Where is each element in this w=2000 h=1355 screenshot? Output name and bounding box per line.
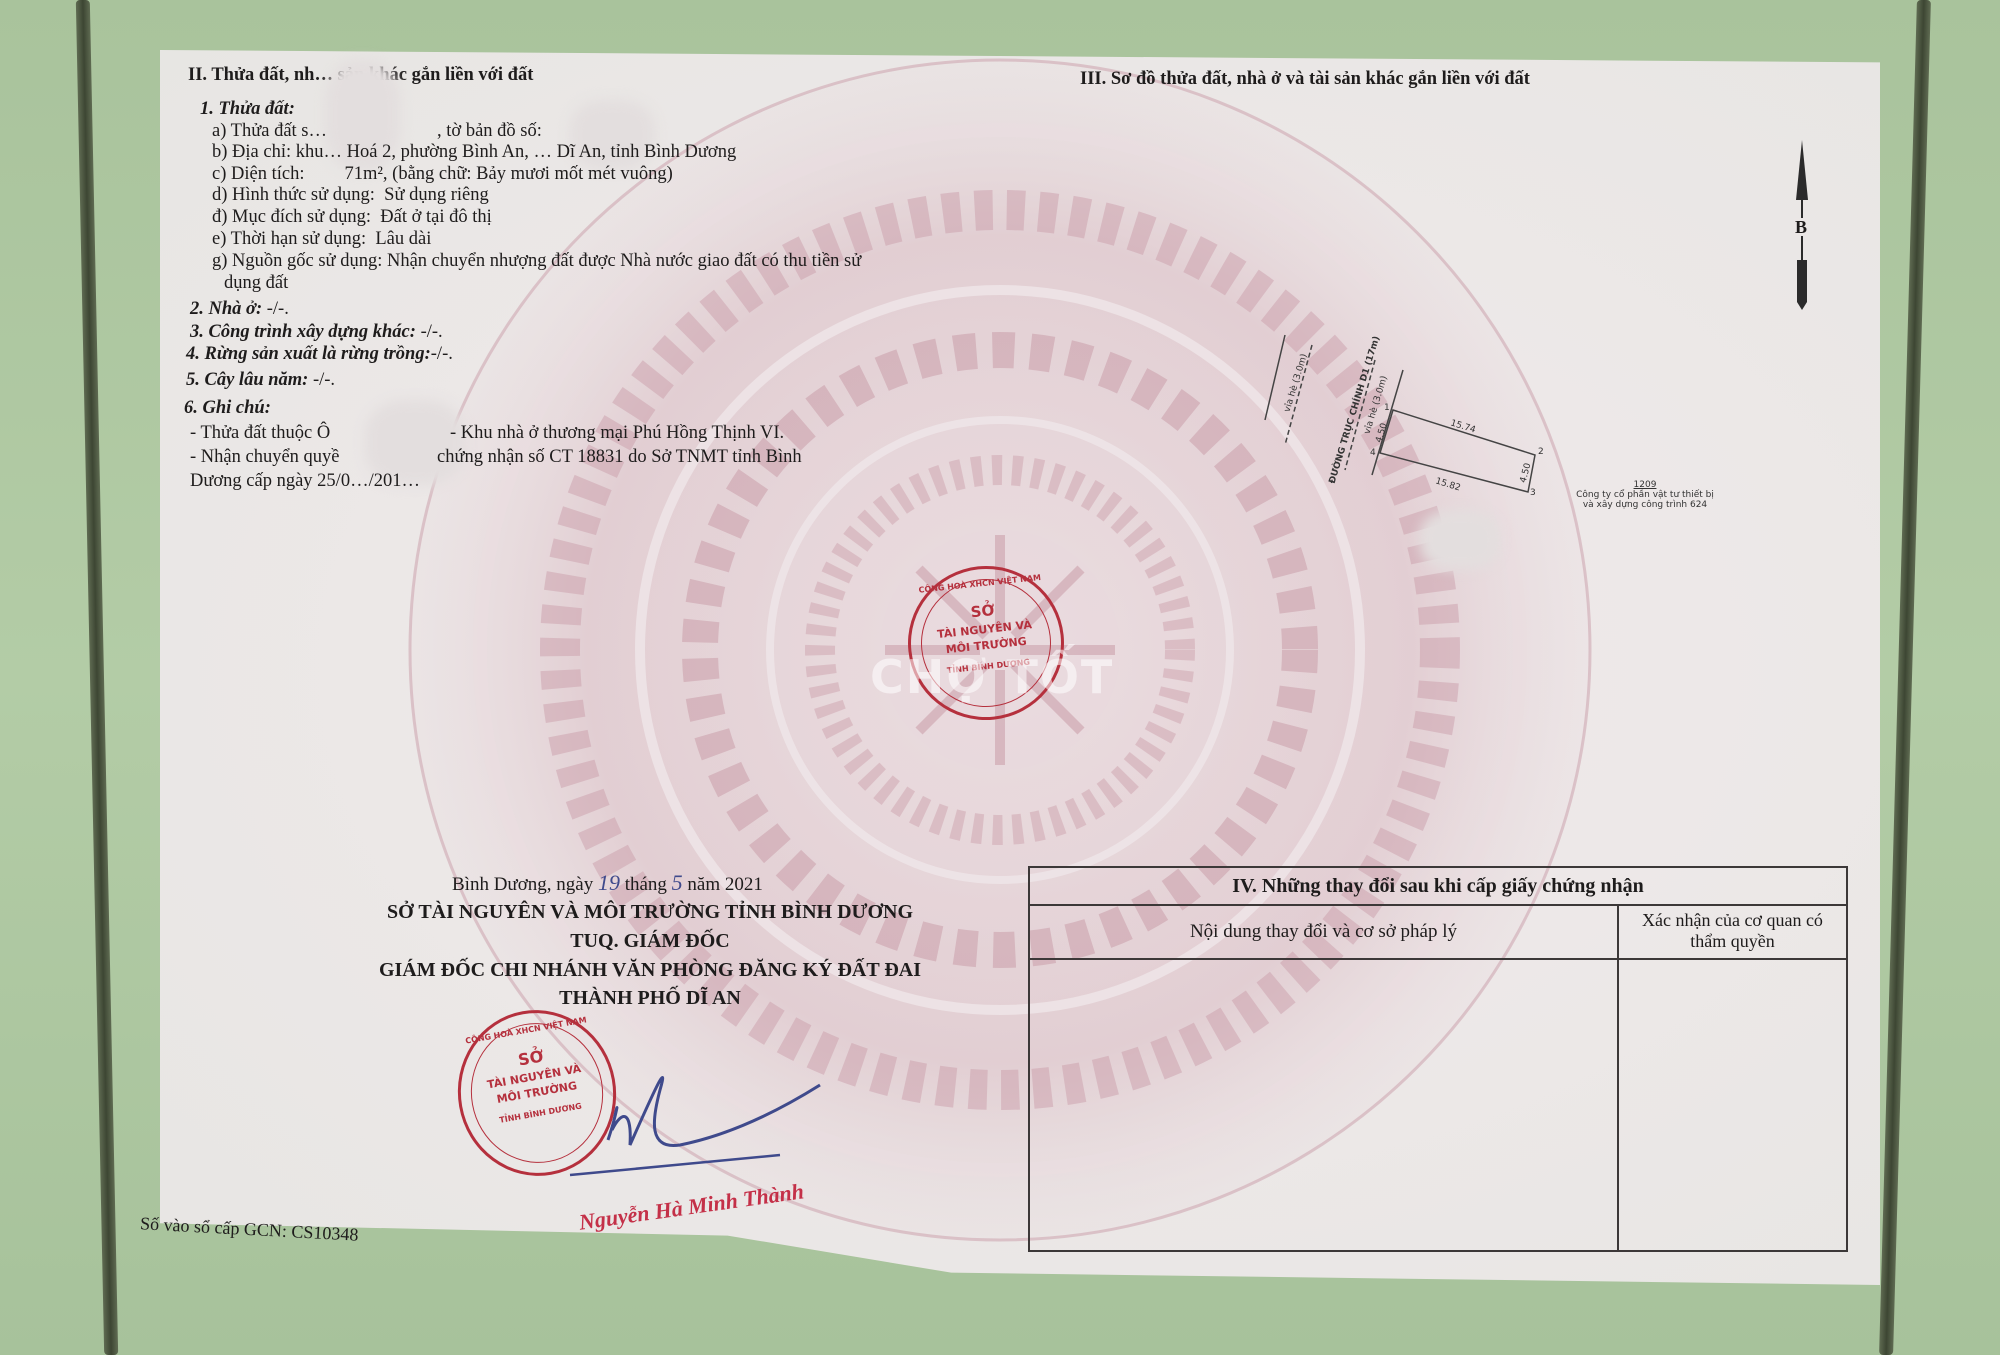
change-content-cell [1029,959,1618,1251]
item-value: -/-. [313,370,335,390]
field-label: đ) Mục đích sử dụng: [212,207,371,227]
field-label: c) Diện tích: [212,164,304,184]
tile-grout-left [76,0,118,1355]
item-label: 3. Công trình xây dựng khác: [190,322,416,342]
field-value: khu… Hoá 2, phường Bình An, … Dĩ An, tỉn… [296,142,736,162]
item-label: 6. Ghi chú: [184,398,271,418]
registry-value: CS10348 [291,1221,359,1244]
changes-table: IV. Những thay đổi sau khi cấp giấy chứn… [1028,866,1848,1252]
plot-map: vỉa hè (3.0m) ĐƯỜNG TRỤC CHÍNH D1 (17m) … [1260,310,1560,510]
item-value: -/-. [421,322,443,342]
field-value: , tờ bản đồ số: [437,121,542,141]
field-label: a) Thửa đất s… [212,121,327,141]
item-value: -/-. [431,344,453,364]
north-label: B [1794,218,1808,236]
item-label: 5. Cây lâu năm: [186,370,308,390]
north-arrow: B [1790,140,1814,310]
field-value: 71m², (bằng chữ: Bảy mươi mốt mét vuông) [344,164,672,184]
place-date: Bình Dương, ngày [452,874,593,895]
signer-city: THÀNH PHỐ DĨ AN [360,988,940,1008]
note-left: - Thửa đất thuộc Ô [190,423,330,443]
date-month: 5 [672,870,683,895]
issuing-org: SỞ TÀI NGUYÊN VÀ MÔI TRƯỜNG TỈNH BÌNH DƯ… [360,902,940,922]
signer-title: GIÁM ĐỐC CHI NHÁNH VĂN PHÒNG ĐĂNG KÝ ĐẤT… [340,960,960,980]
tile-grout-right [1879,0,1931,1355]
handwritten-signature [560,1050,830,1190]
item-value: -/-. [267,299,289,319]
field-label: e) Thời hạn sử dụng: [212,229,366,249]
column-header-authority: Xác nhận của cơ quan có thẩm quyền [1618,905,1847,959]
neighbor-parcel-no: 1209 [1570,480,1720,490]
year-label: năm 2021 [687,874,762,895]
neighbor-owner-line: Công ty cổ phần vật tư thiết bị [1570,490,1720,500]
field-value-continuation: dụng đất [224,274,288,293]
watermark: CHỢ TỐT [870,650,1114,704]
field-value: Sử dụng riêng [384,185,489,205]
vertex-label: 3 [1530,488,1536,498]
redaction-blur [1420,510,1500,570]
vertex-label: 4 [1370,448,1376,458]
field-value: Đất ở tại đô thị [380,207,492,227]
plot-diagram [1260,310,1560,510]
item-label: 2. Nhà ở: [190,299,262,319]
field-label: d) Hình thức sử dụng: [212,185,375,205]
field-value: Lâu dài [375,229,431,249]
note-right: - Khu nhà ở thương mại Phú Hồng Thịnh VI… [450,423,784,443]
field-label: g) Nguồn gốc sử dụng: [212,251,382,271]
vertex-label: 1 [1384,403,1390,413]
note-left: Dương cấp ngày 25/0…/201… [190,471,420,491]
section-iii-title: III. Sơ đồ thửa đất, nhà ở và tài sản kh… [1080,70,1530,89]
field-value: Nhận chuyển nhượng đất được Nhà nước gia… [387,251,861,271]
land-heading: 1. Thửa đất: [200,100,295,119]
note-right: chứng nhận số CT 18831 do Sở TNMT tỉnh B… [437,447,802,467]
authority-confirmation-cell [1618,959,1847,1251]
month-label: tháng [625,874,667,895]
field-label: b) Địa chỉ: [212,142,291,162]
neighbor-parcel: 1209 Công ty cổ phần vật tư thiết bị và … [1570,480,1720,510]
note-left: - Nhận chuyển quyề [190,447,340,467]
vertex-label: 2 [1538,447,1544,457]
column-header-change: Nội dung thay đổi và cơ sở pháp lý [1029,905,1618,959]
date-day: 19 [598,870,620,895]
changes-table-title: IV. Những thay đổi sau khi cấp giấy chứn… [1029,867,1847,905]
item-label: 4. Rừng sản xuất là rừng trồng: [186,344,431,364]
neighbor-owner-line: và xây dựng công trình 624 [1570,500,1720,510]
on-behalf: TUQ. GIÁM ĐỐC [360,931,940,951]
